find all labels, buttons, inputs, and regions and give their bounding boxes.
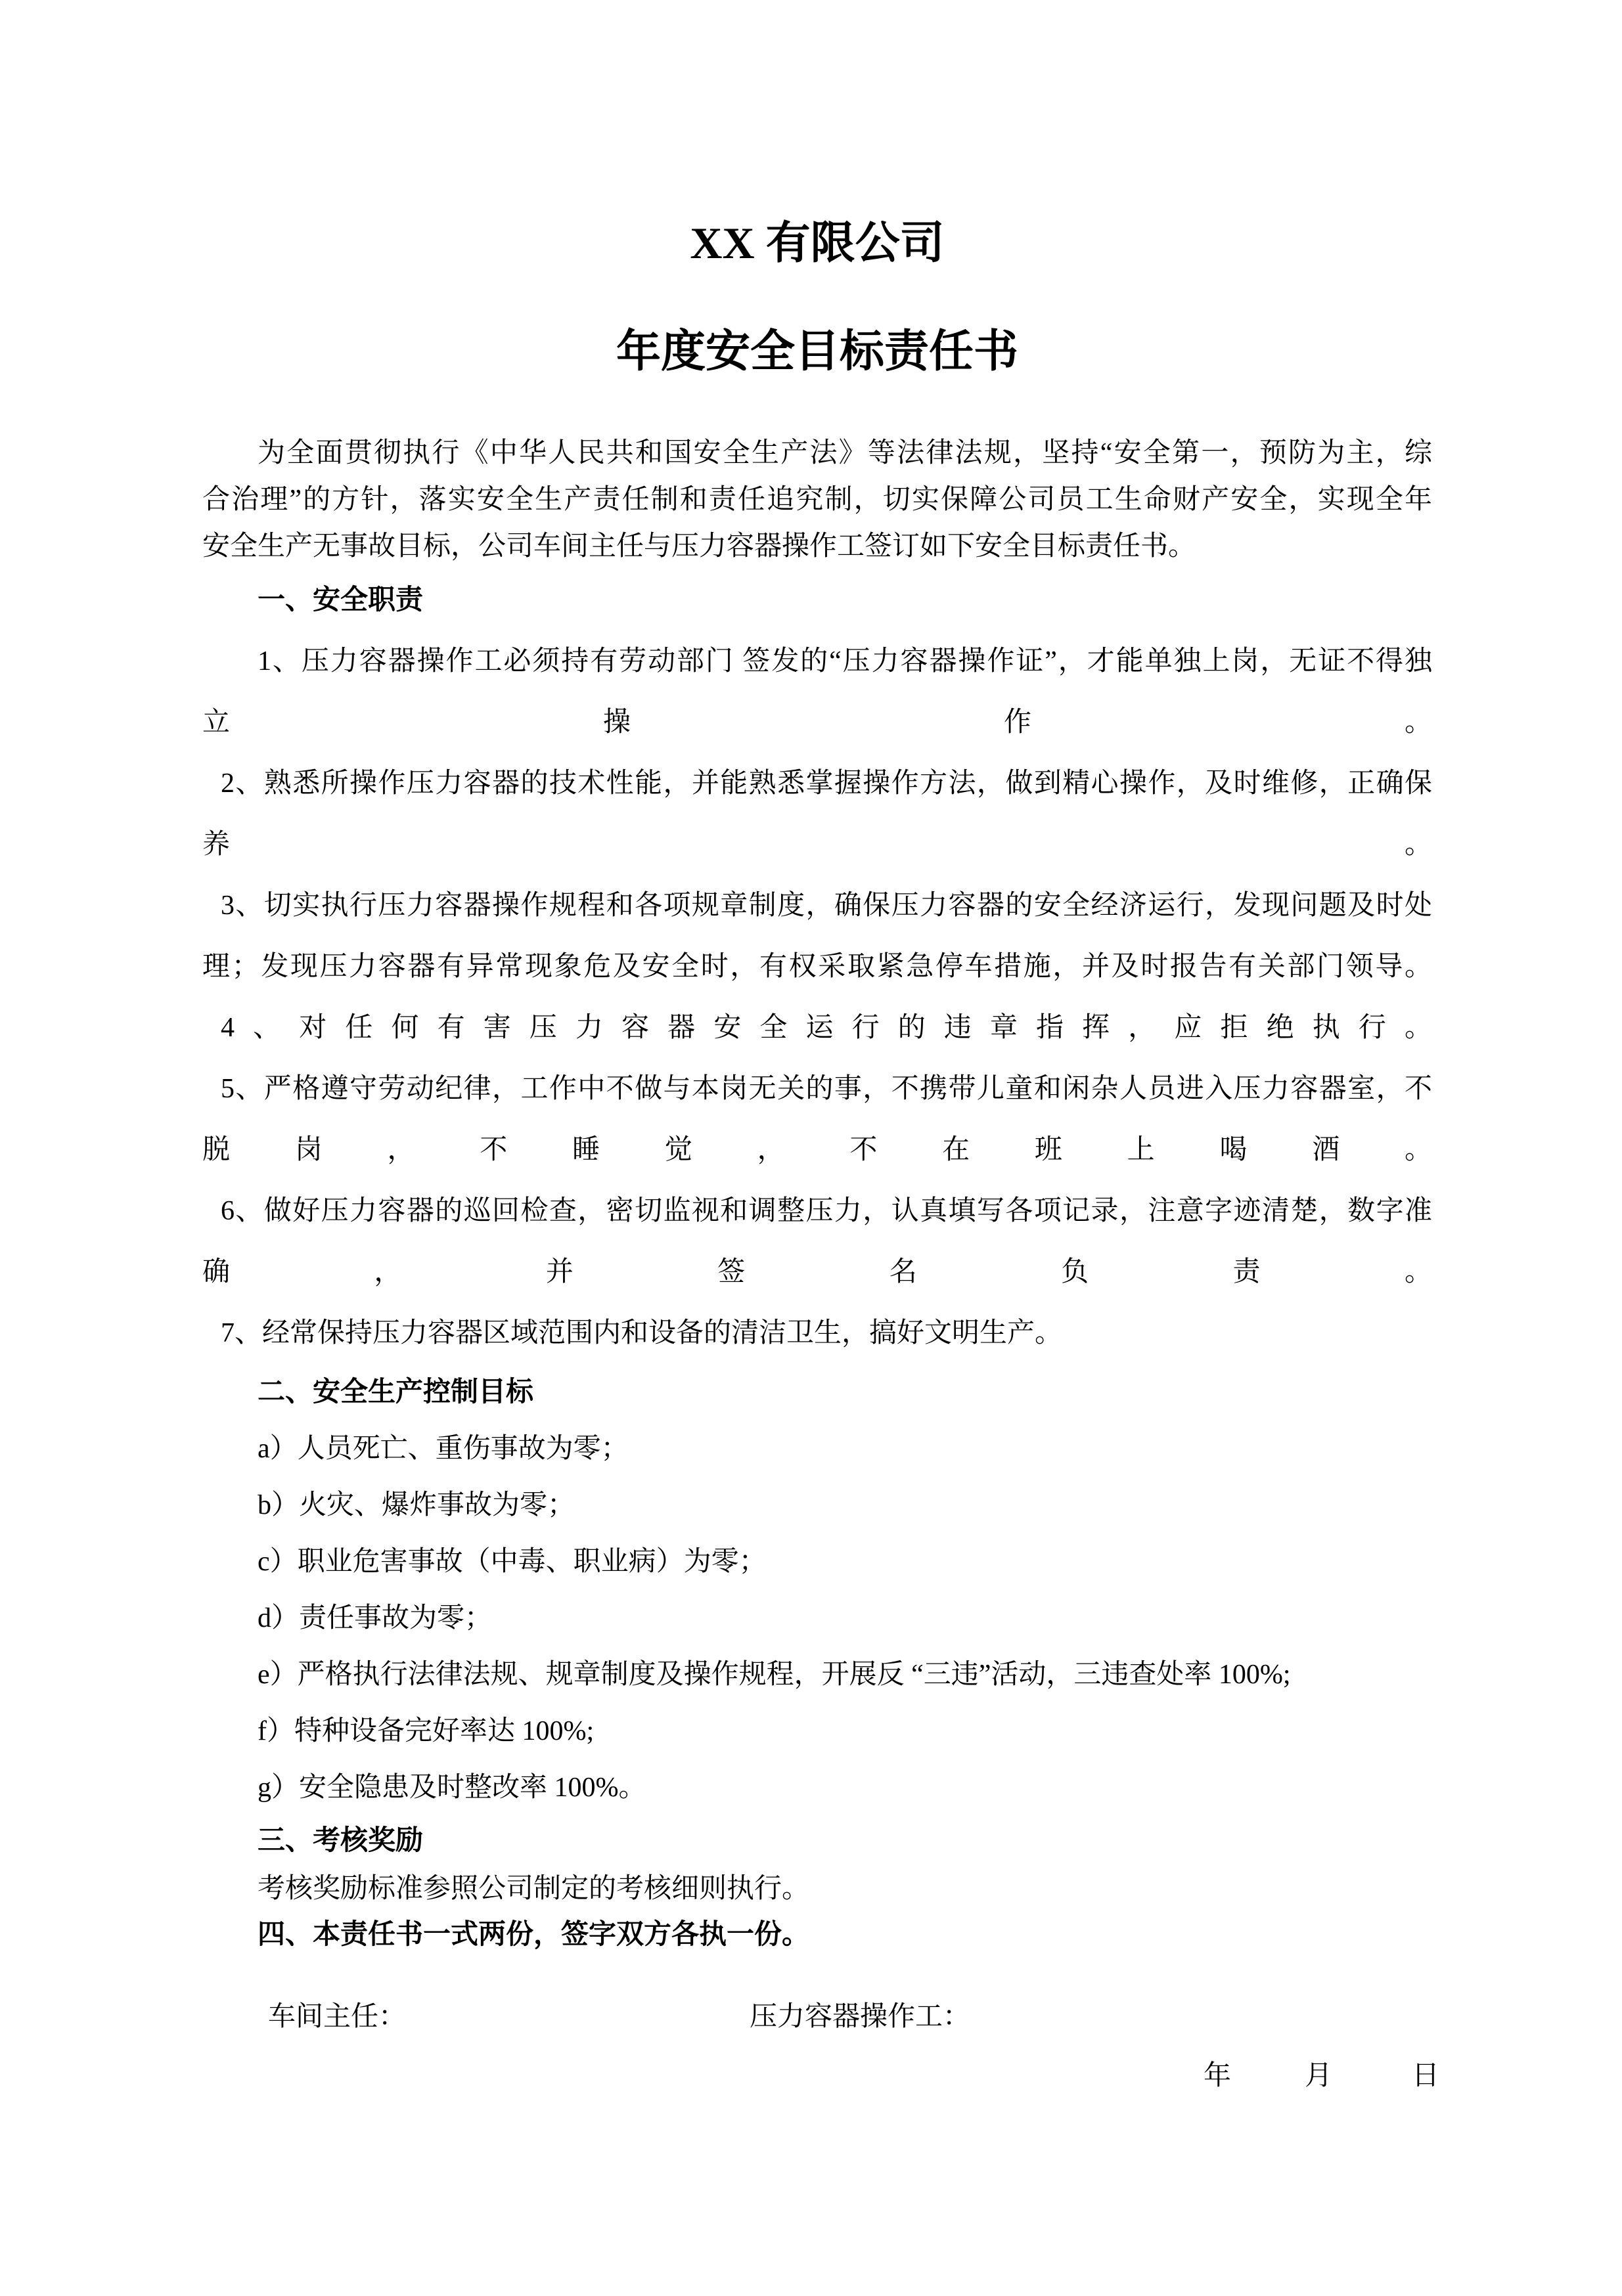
assessment-body: 考核奖励标准参照公司制定的考核细则执行。: [202, 1866, 1432, 1912]
workshop-director-label: 车间主任：: [268, 1994, 406, 2040]
closing-lines: 考核奖励标准参照公司制定的考核细则执行。 四、本责任书一式两份，签字双方各执一份…: [202, 1866, 1432, 1958]
date-row: 年 月 日: [202, 2053, 1432, 2099]
duty-line: 确，并签名负责。: [202, 1242, 1432, 1303]
goal-item: c）职业危害事故（中毒、职业病）为零；: [202, 1534, 1432, 1590]
section-control-targets: 二、安全生产控制目标 a）人员死亡、重伤事故为零； b）火灾、爆炸事故为零； c…: [202, 1364, 1432, 1816]
duty-line: 理；发现压力容器有异常现象危及安全时，有权采取紧急停车措施，并及时报告有关部门领…: [202, 937, 1432, 998]
duty-line: 立操作。: [202, 692, 1432, 753]
goal-item: d）责任事故为零；: [202, 1590, 1432, 1646]
section-heading: 四、本责任书一式两份，签字双方各执一份。: [202, 1912, 1432, 1958]
duty-line: 2、熟悉所操作压力容器的技术性能，并能熟悉掌握操作方法，做到精心操作，及时维修，…: [202, 753, 1432, 814]
duty-line: 4、对任何有害压力容器安全运行的违章指挥，应拒绝执行。: [202, 998, 1432, 1059]
company-title: XX 有限公司: [202, 217, 1432, 269]
pressure-vessel-operator-label: 压力容器操作工：: [750, 1994, 970, 2040]
signature-row: 车间主任： 压力容器操作工：: [202, 1994, 1432, 2040]
document-subtitle: 年度安全目标责任书: [202, 325, 1432, 378]
duty-line: 7、经常保持压力容器区域范围内和设备的清洁卫生，搞好文明生产。: [202, 1303, 1432, 1364]
goal-item: e）严格执行法律法规、规章制度及操作规程，开展反 “三违”活动，三违查处率 10…: [202, 1646, 1432, 1703]
section-safety-duties: 一、安全职责 1、压力容器操作工必须持有劳动部门 签发的“压力容器操作证”，才能…: [202, 570, 1432, 1364]
duty-line: 脱岗，不睡觉，不在班上喝酒。: [202, 1120, 1432, 1181]
document-page: XX 有限公司 年度安全目标责任书 为全面贯彻执行《中华人民共和国安全生产法》等…: [0, 0, 1622, 2296]
intro-line: 合治理”的方针，落实安全生产责任制和责任追究制，切实保障公司员工生命财产安全，实…: [202, 477, 1432, 523]
duty-line: 5、严格遵守劳动纪律，工作中不做与本岗无关的事，不携带儿童和闲杂人员进入压力容器…: [202, 1059, 1432, 1120]
section-assessment: 三、考核奖励: [202, 1816, 1432, 1866]
intro-line: 安全生产无事故目标，公司车间主任与压力容器操作工签订如下安全目标责任书。: [202, 523, 1432, 570]
goal-item: f）特种设备完好率达 100%;: [202, 1703, 1432, 1759]
section-heading: 二、安全生产控制目标: [202, 1364, 1432, 1421]
intro-line: 为全面贯彻执行《中华人民共和国安全生产法》等法律法规，坚持“安全第一，预防为主，…: [202, 430, 1432, 477]
intro-paragraph: 为全面贯彻执行《中华人民共和国安全生产法》等法律法规，坚持“安全第一，预防为主，…: [202, 430, 1432, 570]
year-label: 年: [1204, 2053, 1231, 2099]
section-heading: 三、考核奖励: [202, 1816, 1432, 1866]
day-label: 日: [1412, 2053, 1439, 2099]
document-content: XX 有限公司 年度安全目标责任书 为全面贯彻执行《中华人民共和国安全生产法》等…: [202, 0, 1432, 2099]
section-heading: 一、安全职责: [202, 570, 1432, 631]
goal-item: b）火灾、爆炸事故为零；: [202, 1477, 1432, 1534]
goal-item: g）安全隐患及时整改率 100%。: [202, 1759, 1432, 1816]
duty-line: 1、压力容器操作工必须持有劳动部门 签发的“压力容器操作证”，才能单独上岗，无证…: [202, 631, 1432, 692]
month-label: 月: [1305, 2053, 1332, 2099]
goal-item: a）人员死亡、重伤事故为零；: [202, 1421, 1432, 1477]
duty-line: 3、切实执行压力容器操作规程和各项规章制度，确保压力容器的安全经济运行，发现问题…: [202, 875, 1432, 937]
duty-line: 养。: [202, 814, 1432, 875]
duty-line: 6、做好压力容器的巡回检查，密切监视和调整压力，认真填写各项记录，注意字迹清楚，…: [202, 1181, 1432, 1242]
